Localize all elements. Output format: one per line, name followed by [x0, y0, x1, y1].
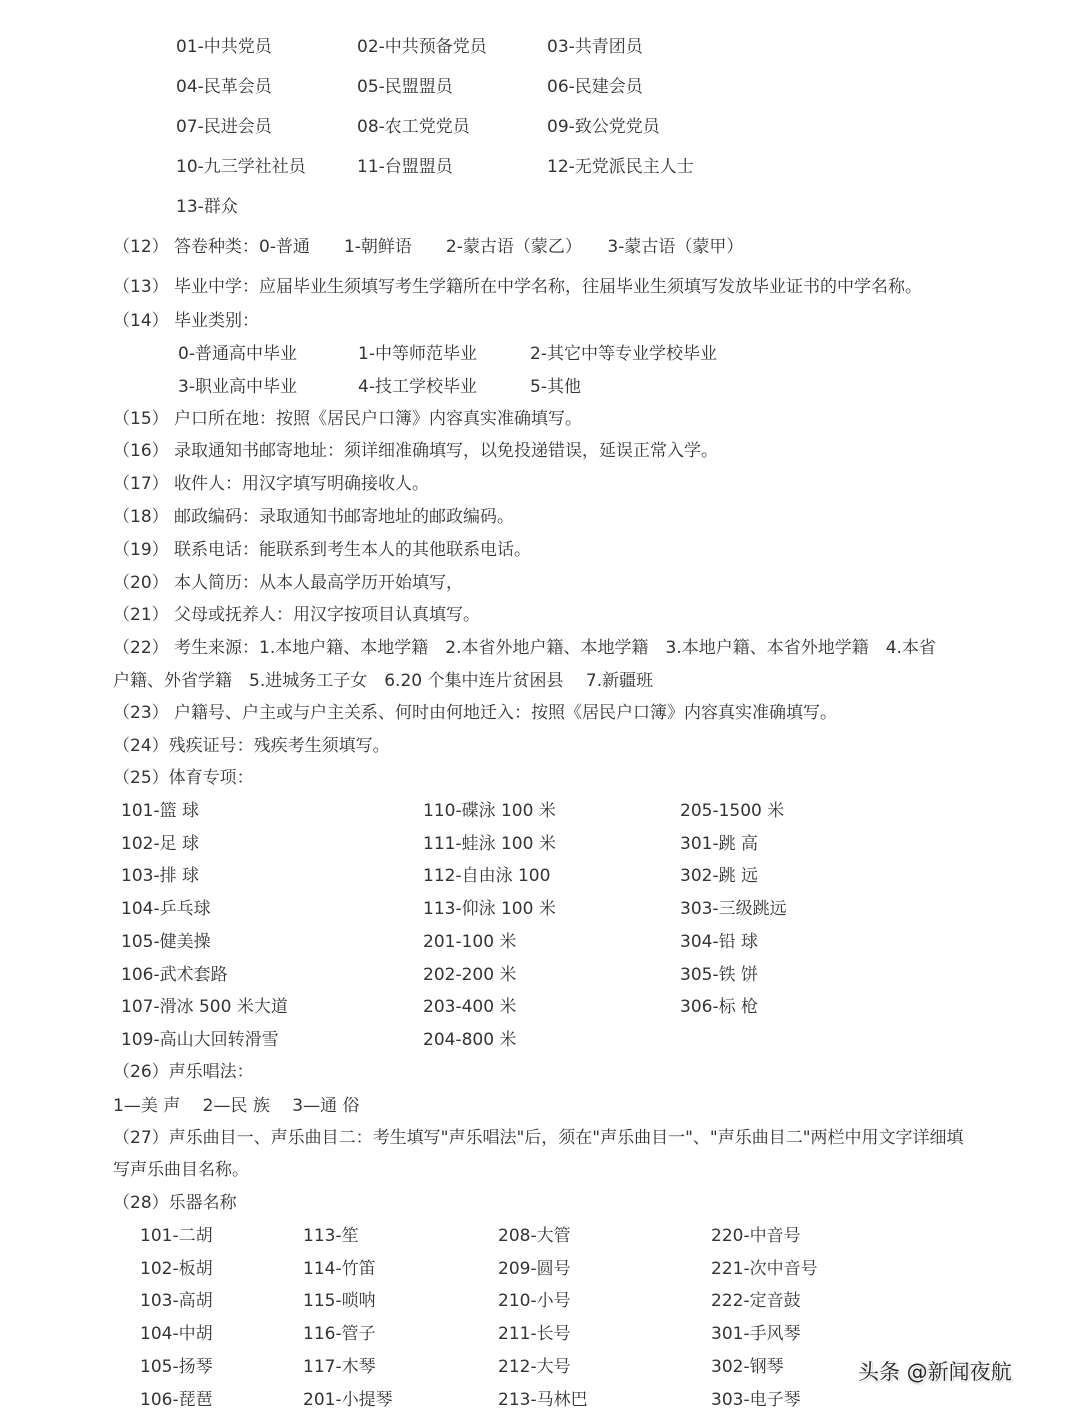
- item-18-postal-code: （18） 邮政编码：录取通知书邮寄地址的邮政编码。: [113, 506, 514, 528]
- vocal-style-options: 1—美 声 2—民 族 3—通 俗: [113, 1095, 359, 1117]
- sports-code: 304-铅 球: [680, 931, 758, 953]
- sports-code: 302-跳 远: [680, 865, 758, 887]
- instrument-code: 221-次中音号: [711, 1258, 818, 1280]
- instrument-code: 117-木琴: [303, 1356, 376, 1378]
- sports-code: 201-100 米: [423, 931, 516, 953]
- sports-code: 204-800 米: [423, 1029, 516, 1051]
- item-27-vocal-pieces-line1: （27）声乐曲目一、声乐曲目二：考生填写"声乐唱法"后，须在"声乐曲目一"、"声…: [113, 1127, 964, 1149]
- sports-code: 113-仰泳 100 米: [423, 898, 556, 920]
- instrument-code: 103-高胡: [140, 1290, 213, 1312]
- item-28-instrument-names: （28）乐器名称: [113, 1192, 237, 1214]
- graduation-category-option: 1-中等师范毕业: [358, 343, 477, 365]
- instrument-code: 115-唢呐: [303, 1290, 376, 1312]
- item-23-household-registration: （23） 户籍号、户主或与户主关系、何时由何地迁入：按照《居民户口簿》内容真实准…: [113, 702, 837, 724]
- sports-code: 105-健美操: [121, 931, 211, 953]
- item-13-graduation-school: （13） 毕业中学：应届毕业生须填写考生学籍所在中学名称，往届毕业生须填写发放毕…: [113, 276, 922, 298]
- sports-code: 203-400 米: [423, 996, 516, 1018]
- instrument-code: 302-钢琴: [711, 1356, 784, 1378]
- graduation-category-option: 0-普通高中毕业: [178, 343, 297, 365]
- item-21-parents: （21） 父母或抚养人：用汉字按项目认真填写。: [113, 604, 480, 626]
- sports-code: 106-武术套路: [121, 964, 228, 986]
- item-22-student-source-line2: 户籍、外省学籍 5.进城务工子女 6.20 个集中连片贫困县 7.新疆班: [113, 670, 653, 692]
- instrument-code: 222-定音鼓: [711, 1290, 801, 1312]
- instrument-code: 212-大号: [498, 1356, 571, 1378]
- sports-code: 110-碟泳 100 米: [423, 800, 556, 822]
- sports-code: 301-跳 高: [680, 833, 758, 855]
- item-24-disability-cert: （24）残疾证号：残疾考生须填写。: [113, 735, 390, 757]
- political-status-code: 08-农工党党员: [357, 116, 470, 138]
- sports-code: 111-蛙泳 100 米: [423, 833, 556, 855]
- item-19-contact-phone: （19） 联系电话：能联系到考生本人的其他联系电话。: [113, 539, 531, 561]
- instrument-code: 101-二胡: [140, 1225, 213, 1247]
- political-status-code: 01-中共党员: [176, 36, 272, 58]
- political-status-code: 11-台盟盟员: [357, 156, 453, 178]
- item-27-vocal-pieces-line2: 写声乐曲目名称。: [113, 1159, 249, 1181]
- item-17-recipient: （17） 收件人：用汉字填写明确接收人。: [113, 473, 429, 495]
- graduation-category-option: 5-其他: [530, 376, 581, 398]
- instrument-code: 210-小号: [498, 1290, 571, 1312]
- item-16-mailing-address: （16） 录取通知书邮寄地址：须详细准确填写，以免投递错误，延误正常入学。: [113, 440, 718, 462]
- sports-code: 104-乒乓球: [121, 898, 211, 920]
- political-status-code: 06-民建会员: [547, 76, 643, 98]
- sports-code: 101-篮 球: [121, 800, 199, 822]
- sports-code: 306-标 枪: [680, 996, 758, 1018]
- instrument-code: 211-长号: [498, 1323, 571, 1345]
- instrument-code: 114-竹笛: [303, 1258, 376, 1280]
- political-status-code: 05-民盟盟员: [357, 76, 453, 98]
- item-20-resume: （20） 本人简历：从本人最高学历开始填写，: [113, 572, 463, 594]
- political-status-code: 02-中共预备党员: [357, 36, 487, 58]
- instrument-code: 201-小提琴: [303, 1389, 393, 1408]
- instrument-code: 303-电子琴: [711, 1389, 801, 1408]
- sports-code: 109-高山大回转滑雪: [121, 1029, 279, 1051]
- sports-code: 112-自由泳 100: [423, 865, 550, 887]
- political-status-code: 04-民革会员: [176, 76, 272, 98]
- political-status-code: 09-致公党党员: [547, 116, 660, 138]
- sports-code: 205-1500 米: [680, 800, 784, 822]
- instrument-code: 209-圆号: [498, 1258, 571, 1280]
- political-status-code: 10-九三学社社员: [176, 156, 306, 178]
- instrument-code: 113-笙: [303, 1225, 359, 1247]
- political-status-code: 12-无党派民主人士: [547, 156, 694, 178]
- political-status-code: 07-民进会员: [176, 116, 272, 138]
- item-26-vocal-style: （26）声乐唱法：: [113, 1061, 254, 1083]
- graduation-category-option: 3-职业高中毕业: [178, 376, 297, 398]
- sports-code: 107-滑冰 500 米大道: [121, 996, 288, 1018]
- political-status-code: 03-共青团员: [547, 36, 643, 58]
- instrument-code: 106-琵琶: [140, 1389, 213, 1408]
- sports-code: 305-铁 饼: [680, 964, 758, 986]
- item-22-student-source-line1: （22） 考生来源：1.本地户籍、本地学籍 2.本省外地户籍、本地学籍 3.本地…: [113, 637, 936, 659]
- sports-code: 102-足 球: [121, 833, 199, 855]
- instrument-code: 301-手风琴: [711, 1323, 801, 1345]
- instrument-code: 104-中胡: [140, 1323, 213, 1345]
- item-14-graduation-category: （14） 毕业类别：: [113, 310, 259, 332]
- item-25-sports-specialty: （25）体育专项：: [113, 767, 254, 789]
- sports-code: 103-排 球: [121, 865, 199, 887]
- instrument-code: 105-扬琴: [140, 1356, 213, 1378]
- instrument-code: 102-板胡: [140, 1258, 213, 1280]
- sports-code: 202-200 米: [423, 964, 516, 986]
- item-12-answer-sheet-type: （12） 答卷种类：0-普通 1-朝鲜语 2-蒙古语（蒙乙） 3-蒙古语（蒙甲）: [113, 236, 743, 258]
- instrument-code: 116-管子: [303, 1323, 376, 1345]
- instrument-code: 213-马林巴: [498, 1389, 588, 1408]
- instrument-code: 208-大管: [498, 1225, 571, 1247]
- item-15-household-location: （15） 户口所在地：按照《居民户口簿》内容真实准确填写。: [113, 408, 582, 430]
- sports-code: 303-三级跳远: [680, 898, 787, 920]
- instrument-code: 220-中音号: [711, 1225, 801, 1247]
- graduation-category-option: 2-其它中等专业学校毕业: [530, 343, 717, 365]
- watermark: 头条 @新闻夜航: [858, 1356, 1012, 1386]
- graduation-category-option: 4-技工学校毕业: [358, 376, 477, 398]
- political-status-code: 13-群众: [176, 196, 238, 218]
